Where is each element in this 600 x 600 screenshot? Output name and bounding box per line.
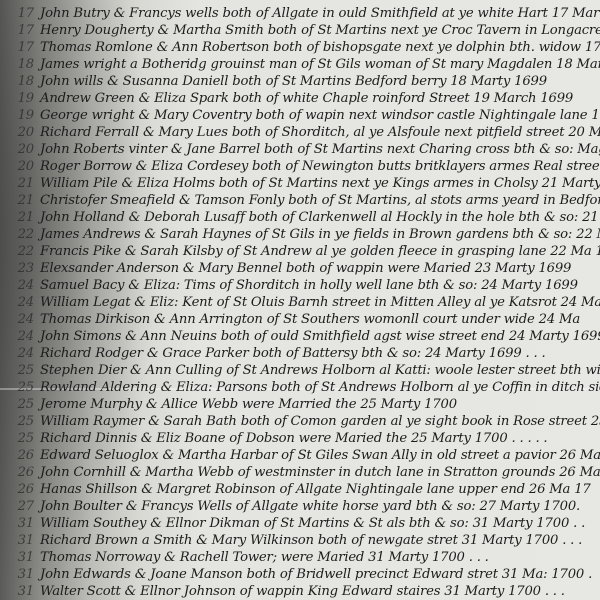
entry-day: 25 xyxy=(0,363,34,378)
entry-text: Elexsander Anderson & Mary Bennel both o… xyxy=(40,261,571,276)
entry-day: 21 xyxy=(0,176,34,191)
entry-day: 24 xyxy=(0,278,34,293)
entry-text: James Andrews & Sarah Haynes of St Gils … xyxy=(40,227,600,242)
entry-text: William Southey & Ellnor Dikman of St Ma… xyxy=(40,516,585,531)
entry-text: John Butry & Francys wells both of Allga… xyxy=(40,6,600,21)
entry-day: 19 xyxy=(0,91,34,106)
entry-day: 17 xyxy=(0,6,34,21)
entry-day: 17 xyxy=(0,23,34,38)
entry-day: 24 xyxy=(0,312,34,327)
register-page: 17John Butry & Francys wells both of All… xyxy=(0,0,600,600)
entry-text: Christofer Smeafield & Tamson Fonly both… xyxy=(40,193,600,208)
entry-day: 25 xyxy=(0,397,34,412)
entry-text: Richard Dinnis & Eliz Boane of Dobson we… xyxy=(40,431,547,446)
entry-text: John Holland & Deborah Lusaff both of Cl… xyxy=(40,210,600,225)
entry-day: 19 xyxy=(0,108,34,123)
entry-day: 21 xyxy=(0,193,34,208)
entry-text: John Cornhill & Martha Webb of westminst… xyxy=(40,465,600,480)
entry-day: 24 xyxy=(0,346,34,361)
entry-day: 25 xyxy=(0,431,34,446)
entry-text: Richard Rodger & Grace Parker both of Ba… xyxy=(40,346,545,361)
entry-text: George wright & Mary Coventry both of wa… xyxy=(40,108,600,123)
entry-text: John Simons & Ann Neuins both of ould Sm… xyxy=(40,329,600,344)
entry-text: Thomas Norroway & Rachell Tower; were Ma… xyxy=(40,550,489,565)
entry-day: 23 xyxy=(0,261,34,276)
entry-day: 20 xyxy=(0,125,34,140)
entry-text: Hanas Shillson & Margret Robinson of All… xyxy=(40,482,591,497)
entry-text: Jerome Murphy & Allice Webb were Married… xyxy=(40,397,457,412)
entry-text: Henry Dougherty & Martha Smith both of S… xyxy=(40,23,600,38)
entry-day: 25 xyxy=(0,414,34,429)
entry-text: William Pile & Eliza Holms both of St Ma… xyxy=(40,176,600,191)
entry-day: 31 xyxy=(0,567,34,582)
entry-text: Richard Ferrall & Mary Lues both of Shor… xyxy=(40,125,600,140)
entry-text: Richard Brown a Smith & Mary Wilkinson b… xyxy=(40,533,582,548)
entry-day: 18 xyxy=(0,74,34,89)
entry-text: John Roberts vinter & Jane Barrel both o… xyxy=(40,142,600,157)
entry-day: 22 xyxy=(0,227,34,242)
entry-day: 27 xyxy=(0,499,34,514)
entry-text: Edward Seluoglox & Martha Harbar of St G… xyxy=(40,448,600,463)
entry-day: 24 xyxy=(0,329,34,344)
entry-text: Francis Pike & Sarah Kilsby of St Andrew… xyxy=(40,244,600,259)
entry-day: 20 xyxy=(0,142,34,157)
register-entries: 17John Butry & Francys wells both of All… xyxy=(0,0,600,600)
entry-day: 25 xyxy=(0,380,34,395)
entry-text: William Legat & Eliz: Kent of St Oluis B… xyxy=(40,295,600,310)
entry-day: 26 xyxy=(0,465,34,480)
entry-text: Thomas Dirkison & Ann Arrington of St So… xyxy=(40,312,580,327)
entry-text: John Edwards & Joane Manson both of Brid… xyxy=(40,567,592,582)
entry-day: 21 xyxy=(0,210,34,225)
entry-text: Stephen Dier & Ann Culling of St Andrews… xyxy=(40,363,600,378)
entry-text: Samuel Bacy & Eliza: Tims of Shorditch i… xyxy=(40,278,578,293)
entry-day: 31 xyxy=(0,516,34,531)
entry-text: Andrew Green & Eliza Spark both of white… xyxy=(40,91,573,106)
entry-day: 18 xyxy=(0,57,34,72)
entry-text: John wills & Susanna Daniell both of St … xyxy=(40,74,547,89)
entry-day: 22 xyxy=(0,244,34,259)
entry-day: 31 xyxy=(0,533,34,548)
entry-text: James wright a Botheridg grouinst man of… xyxy=(40,57,600,72)
entry-day: 26 xyxy=(0,448,34,463)
register-entry: 31Walter Scott & Ellnor Johnson of wappi… xyxy=(0,584,600,600)
entry-text: Thomas Romlone & Ann Robertson both of b… xyxy=(40,40,600,55)
entry-day: 24 xyxy=(0,295,34,310)
entry-day: 31 xyxy=(0,584,34,599)
entry-text: William Raymer & Sarah Bath both of Como… xyxy=(40,414,600,429)
entry-day: 20 xyxy=(0,159,34,174)
entry-text: John Boulter & Francys Wells of Allgate … xyxy=(40,499,580,514)
entry-day: 17 xyxy=(0,40,34,55)
entry-day: 26 xyxy=(0,482,34,497)
entry-text: Roger Borrow & Eliza Cordesey both of Ne… xyxy=(40,159,600,174)
entry-text: Rowland Aldering & Eliza: Parsons both o… xyxy=(40,380,600,395)
entry-day: 31 xyxy=(0,550,34,565)
entry-text: Walter Scott & Ellnor Johnson of wappin … xyxy=(40,584,565,599)
